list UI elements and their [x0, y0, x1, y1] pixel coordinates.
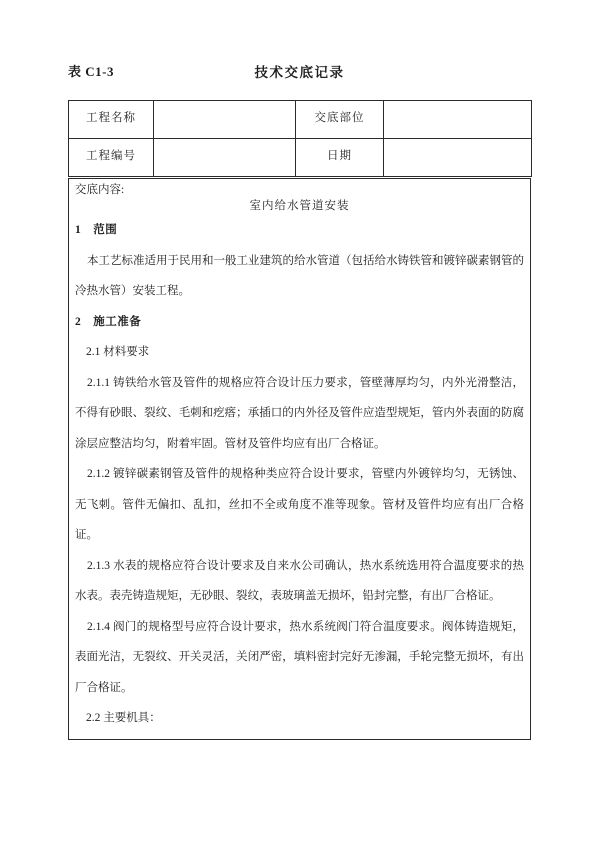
document-page: 表 C1-3 技术交底记录 工程名称 交底部位 工程编号 日期 交底: [0, 0, 595, 842]
content-body: 1 范围 本工艺标准适用于民用和一般工业建筑的给水管道（包括给水铸铁管和镀锌碳素…: [75, 215, 524, 740]
field-value-project-name: [154, 101, 296, 139]
subheading-material-req: 2.1 材料要求: [75, 337, 524, 368]
document-title: 技术交底记录: [68, 61, 531, 81]
paragraph-2-1-3: 2.1.3 水表的规格应符合设计要求及自来水公司确认，热水系统选用符合温度要求的…: [75, 551, 524, 612]
field-label-date: 日期: [296, 139, 384, 177]
disclosure-content-box: 交底内容: 室内给水管道安装 1 范围 本工艺标准适用于民用和一般工业建筑的给水…: [68, 178, 531, 740]
field-value-project-number: [154, 139, 296, 177]
table-row: 工程编号 日期: [69, 139, 532, 177]
section-heading-preparation: 2 施工准备: [75, 307, 524, 338]
section-heading-scope: 1 范围: [75, 215, 524, 246]
field-value-date: [384, 139, 532, 177]
info-table: 工程名称 交底部位 工程编号 日期: [68, 100, 532, 177]
field-label-project-name: 工程名称: [69, 101, 154, 139]
paragraph-2-2-1: 2.2.1 机械：套丝机、砂轮锯、台钻、电锤、手电钻、电焊机、电动试压泵等。: [75, 734, 524, 741]
field-label-disclosure-part: 交底部位: [296, 101, 384, 139]
content-label: 交底内容:: [75, 182, 524, 198]
paragraph-2-1-2: 2.1.2 镀锌碳素钢管及管件的规格种类应符合设计要求，管壁内外镀锌均匀，无锈蚀…: [75, 459, 524, 551]
subheading-main-tools: 2.2 主要机具：: [75, 703, 524, 734]
paragraph-2-1-4: 2.1.4 阀门的规格型号应符合设计要求，热水系统阀门符合温度要求。阀体铸造规矩…: [75, 612, 524, 704]
document-header: 表 C1-3 技术交底记录: [68, 61, 531, 81]
field-label-project-number: 工程编号: [69, 139, 154, 177]
content-subject-title: 室内给水管道安装: [75, 198, 524, 215]
table-row: 工程名称 交底部位: [69, 101, 532, 139]
field-value-disclosure-part: [384, 101, 532, 139]
paragraph-2-1-1: 2.1.1 铸铁给水管及管件的规格应符合设计压力要求，管壁薄厚均匀，内外光滑整洁…: [75, 368, 524, 460]
paragraph-scope: 本工艺标准适用于民用和一般工业建筑的给水管道（包括给水铸铁管和镀锌碳素钢管的冷热…: [75, 246, 524, 307]
